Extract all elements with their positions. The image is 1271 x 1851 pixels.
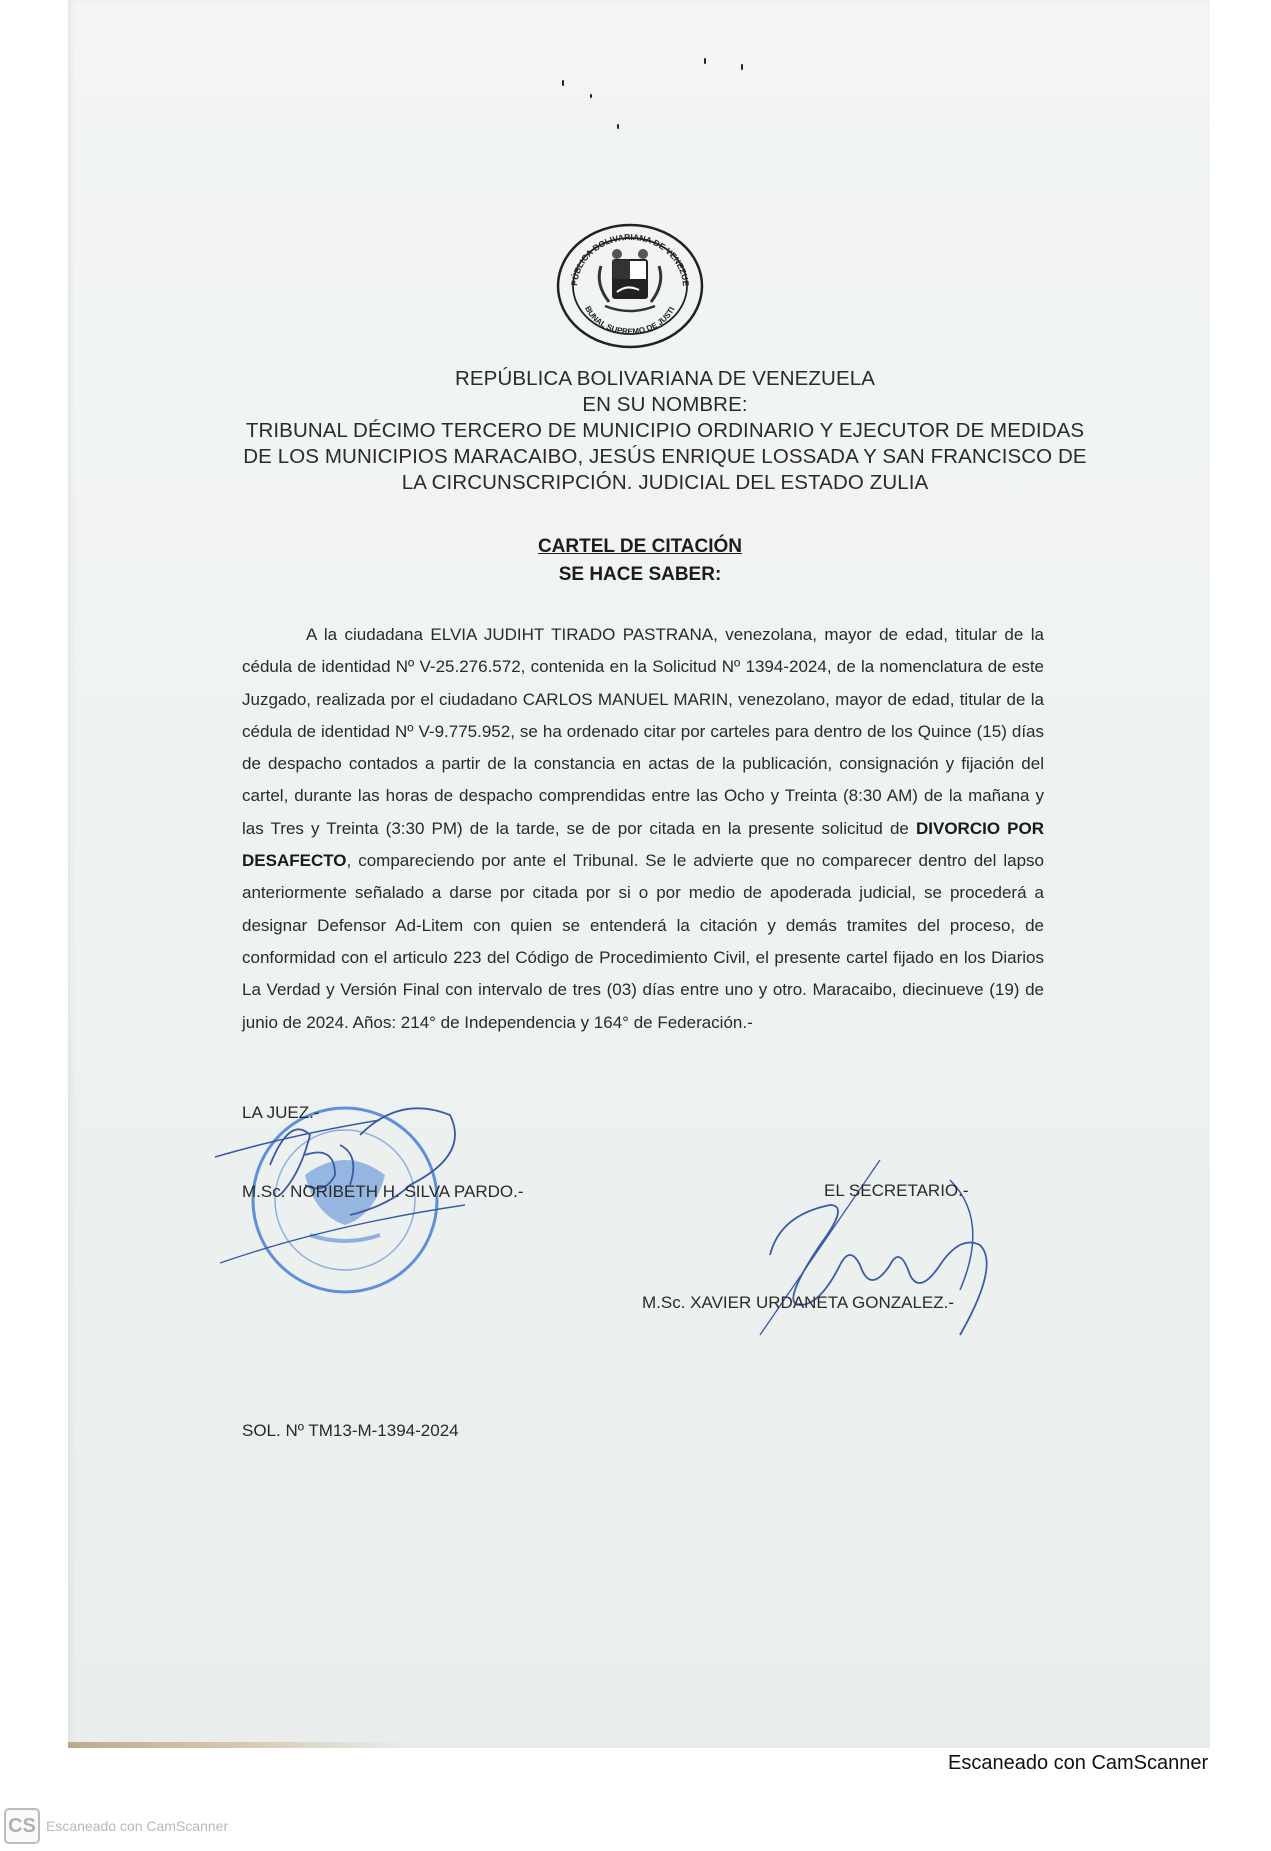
camscanner-logo-icon: CS	[4, 1808, 40, 1844]
court-stamp-icon	[210, 1095, 470, 1315]
page-edge	[68, 1742, 1210, 1748]
judge-name: M.Sc. NORIBETH H. SILVA PARDO.-	[242, 1182, 524, 1202]
judge-label: LA JUEZ.-	[242, 1103, 319, 1123]
scan-speck	[704, 58, 706, 64]
body-text-part: A la ciudadana ELVIA JUDIHT TIRADO PASTR…	[242, 625, 1044, 838]
header-line: TRIBUNAL DÉCIMO TERCERO DE MUNICIPIO ORD…	[230, 418, 1100, 444]
scan-speck	[590, 94, 592, 98]
secretary-name: M.Sc. XAVIER URDANETA GONZALEZ.-	[642, 1293, 954, 1313]
court-header: REPÚBLICA BOLIVARIANA DE VENEZUELA EN SU…	[230, 366, 1100, 496]
secretary-label: EL SECRETARIO.-	[824, 1181, 969, 1201]
scan-speck	[741, 64, 743, 70]
citation-paragraph: A la ciudadana ELVIA JUDIHT TIRADO PASTR…	[242, 619, 1044, 1039]
header-line: REPÚBLICA BOLIVARIANA DE VENEZUELA	[230, 366, 1100, 392]
title-main: CARTEL DE CITACIÓN	[230, 533, 1050, 561]
header-line: LA CIRCUNSCRIPCIÓN. JUDICIAL DEL ESTADO …	[230, 470, 1100, 496]
header-line: EN SU NOMBRE:	[230, 392, 1100, 418]
header-line: DE LOS MUNICIPIOS MARACAIBO, JESÚS ENRIQ…	[230, 444, 1100, 470]
document-title: CARTEL DE CITACIÓN SE HACE SABER:	[230, 533, 1050, 589]
camscanner-footer-text: Escaneado con CamScanner	[46, 1818, 228, 1834]
citation-body: A la ciudadana ELVIA JUDIHT TIRADO PASTR…	[242, 619, 1044, 1039]
solicitud-reference: SOL. Nº TM13-M-1394-2024	[242, 1421, 459, 1441]
scan-speck	[617, 124, 619, 129]
camscanner-watermark: Escaneado con CamScanner	[948, 1752, 1208, 1775]
title-sub: SE HACE SABER:	[230, 561, 1050, 589]
scan-speck	[562, 80, 564, 86]
camscanner-footer: CS Escaneado con CamScanner	[4, 1808, 228, 1844]
body-text-part: , compareciendo por ante el Tribunal. Se…	[242, 851, 1044, 1031]
tsj-seal-icon: REPÚBLICA BOLIVARIANA DE VENEZUELA TRIBU…	[555, 222, 705, 350]
